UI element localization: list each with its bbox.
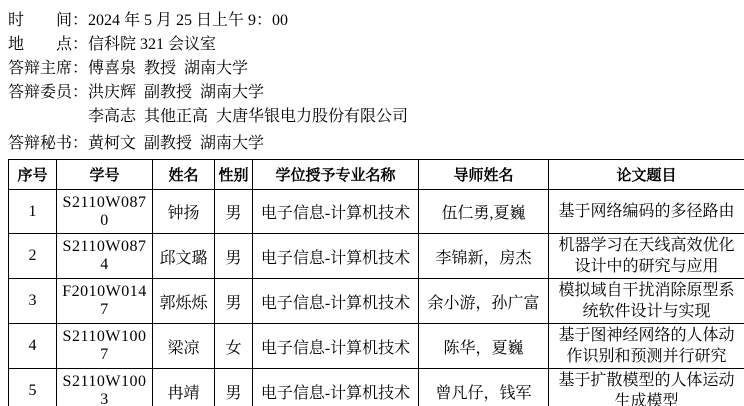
row-no-cell: 1 <box>9 190 57 234</box>
info-line-secretary: 答辩秘书： 黄柯文 副教授 湖南大学 <box>8 133 740 155</box>
student-id-cell: S2110W1007 <box>57 324 153 369</box>
info-line-location: 地 点： 信科院 321 会议室 <box>8 33 740 57</box>
table-row: 4 S2110W1007 梁凉 女 电子信息-计算机技术 陈华，夏巍 基于图神经… <box>9 324 744 369</box>
table-row: 1 S2110W0870 钟扬 男 电子信息-计算机技术 伍仁勇,夏巍 基于网络… <box>9 190 744 234</box>
col-header-major: 学位授予专业名称 <box>253 160 419 190</box>
thesis-title-cell: 基于网络编码的多径路由 <box>549 190 744 234</box>
student-id-cell: S2110W0870 <box>57 190 153 234</box>
table-row: 3 F2010W0147 郭烁烁 男 电子信息-计算机技术 余小游，孙广富 模拟… <box>9 279 744 324</box>
major-cell: 电子信息-计算机技术 <box>253 234 419 279</box>
info-line-committee: 答辩委员： 洪庆辉 副教授 湖南大学 <box>8 81 740 105</box>
col-header-supervisors: 导师姓名 <box>419 160 549 190</box>
committee-member-1: 洪庆辉 副教授 湖南大学 <box>88 81 264 105</box>
major-cell: 电子信息-计算机技术 <box>253 324 419 369</box>
secretary-value: 黄柯文 副教授 湖南大学 <box>88 133 264 155</box>
supervisors-cell: 陈华，夏巍 <box>419 324 549 369</box>
major-cell: 电子信息-计算机技术 <box>253 279 419 324</box>
thesis-title-cell: 机器学习在天线高效优化设计中的研究与应用 <box>549 234 744 279</box>
committee-member-2: 李高志 其他正高 大唐华银电力股份有限公司 <box>8 105 408 129</box>
gender-cell: 女 <box>215 324 253 369</box>
info-line-time: 时 间： 2024 年 5 月 25 日上午 9：00 <box>8 9 740 33</box>
location-label: 地 点： <box>8 33 88 57</box>
defense-students-table: 序号 学号 姓名 性别 学位授予专业名称 导师姓名 论文题目 1 S2110W0… <box>8 159 744 406</box>
supervisors-cell: 余小游，孙广富 <box>419 279 549 324</box>
chairman-label: 答辩主席： <box>8 57 88 81</box>
student-id-cell: S2110W1003 <box>57 369 153 406</box>
gender-cell: 男 <box>215 369 253 406</box>
student-name-cell: 郭烁烁 <box>153 279 215 324</box>
thesis-title-cell: 模拟域自干扰消除原型系统软件设计与实现 <box>549 279 744 324</box>
col-header-student-id: 学号 <box>57 160 153 190</box>
col-header-no: 序号 <box>9 160 57 190</box>
chairman-value: 傅喜泉 教授 湖南大学 <box>88 57 248 81</box>
col-header-gender: 性别 <box>215 160 253 190</box>
gender-cell: 男 <box>215 234 253 279</box>
info-line-committee-continued: 李高志 其他正高 大唐华银电力股份有限公司 <box>8 105 740 129</box>
table-header-row: 序号 学号 姓名 性别 学位授予专业名称 导师姓名 论文题目 <box>9 160 744 190</box>
col-header-name: 姓名 <box>153 160 215 190</box>
major-cell: 电子信息-计算机技术 <box>253 369 419 406</box>
secretary-label: 答辩秘书： <box>8 133 88 155</box>
thesis-title-cell: 基于图神经网络的人体动作识别和预测并行研究 <box>549 324 744 369</box>
student-name-cell: 邱文璐 <box>153 234 215 279</box>
row-no-cell: 3 <box>9 279 57 324</box>
col-header-thesis-title: 论文题目 <box>549 160 744 190</box>
row-no-cell: 2 <box>9 234 57 279</box>
student-id-cell: F2010W0147 <box>57 279 153 324</box>
student-name-cell: 冉靖 <box>153 369 215 406</box>
student-name-cell: 钟扬 <box>153 190 215 234</box>
defense-schedule-document: 时 间： 2024 年 5 月 25 日上午 9：00 地 点： 信科院 321… <box>0 0 744 406</box>
table-row: 5 S2110W1003 冉靖 男 电子信息-计算机技术 曾凡仔，钱军 基于扩散… <box>9 369 744 406</box>
committee-label: 答辩委员： <box>8 81 88 105</box>
defense-info-block: 时 间： 2024 年 5 月 25 日上午 9：00 地 点： 信科院 321… <box>8 9 740 155</box>
row-no-cell: 5 <box>9 369 57 406</box>
student-id-cell: S2110W0874 <box>57 234 153 279</box>
supervisors-cell: 伍仁勇,夏巍 <box>419 190 549 234</box>
info-line-chairman: 答辩主席： 傅喜泉 教授 湖南大学 <box>8 57 740 81</box>
table-row: 2 S2110W0874 邱文璐 男 电子信息-计算机技术 李锦新，房杰 机器学… <box>9 234 744 279</box>
gender-cell: 男 <box>215 279 253 324</box>
time-value: 2024 年 5 月 25 日上午 9：00 <box>88 9 288 33</box>
location-value: 信科院 321 会议室 <box>88 33 216 57</box>
time-label: 时 间： <box>8 9 88 33</box>
supervisors-cell: 李锦新，房杰 <box>419 234 549 279</box>
gender-cell: 男 <box>215 190 253 234</box>
row-no-cell: 4 <box>9 324 57 369</box>
major-cell: 电子信息-计算机技术 <box>253 190 419 234</box>
student-name-cell: 梁凉 <box>153 324 215 369</box>
thesis-title-cell: 基于扩散模型的人体运动生成模型 <box>549 369 744 406</box>
supervisors-cell: 曾凡仔，钱军 <box>419 369 549 406</box>
